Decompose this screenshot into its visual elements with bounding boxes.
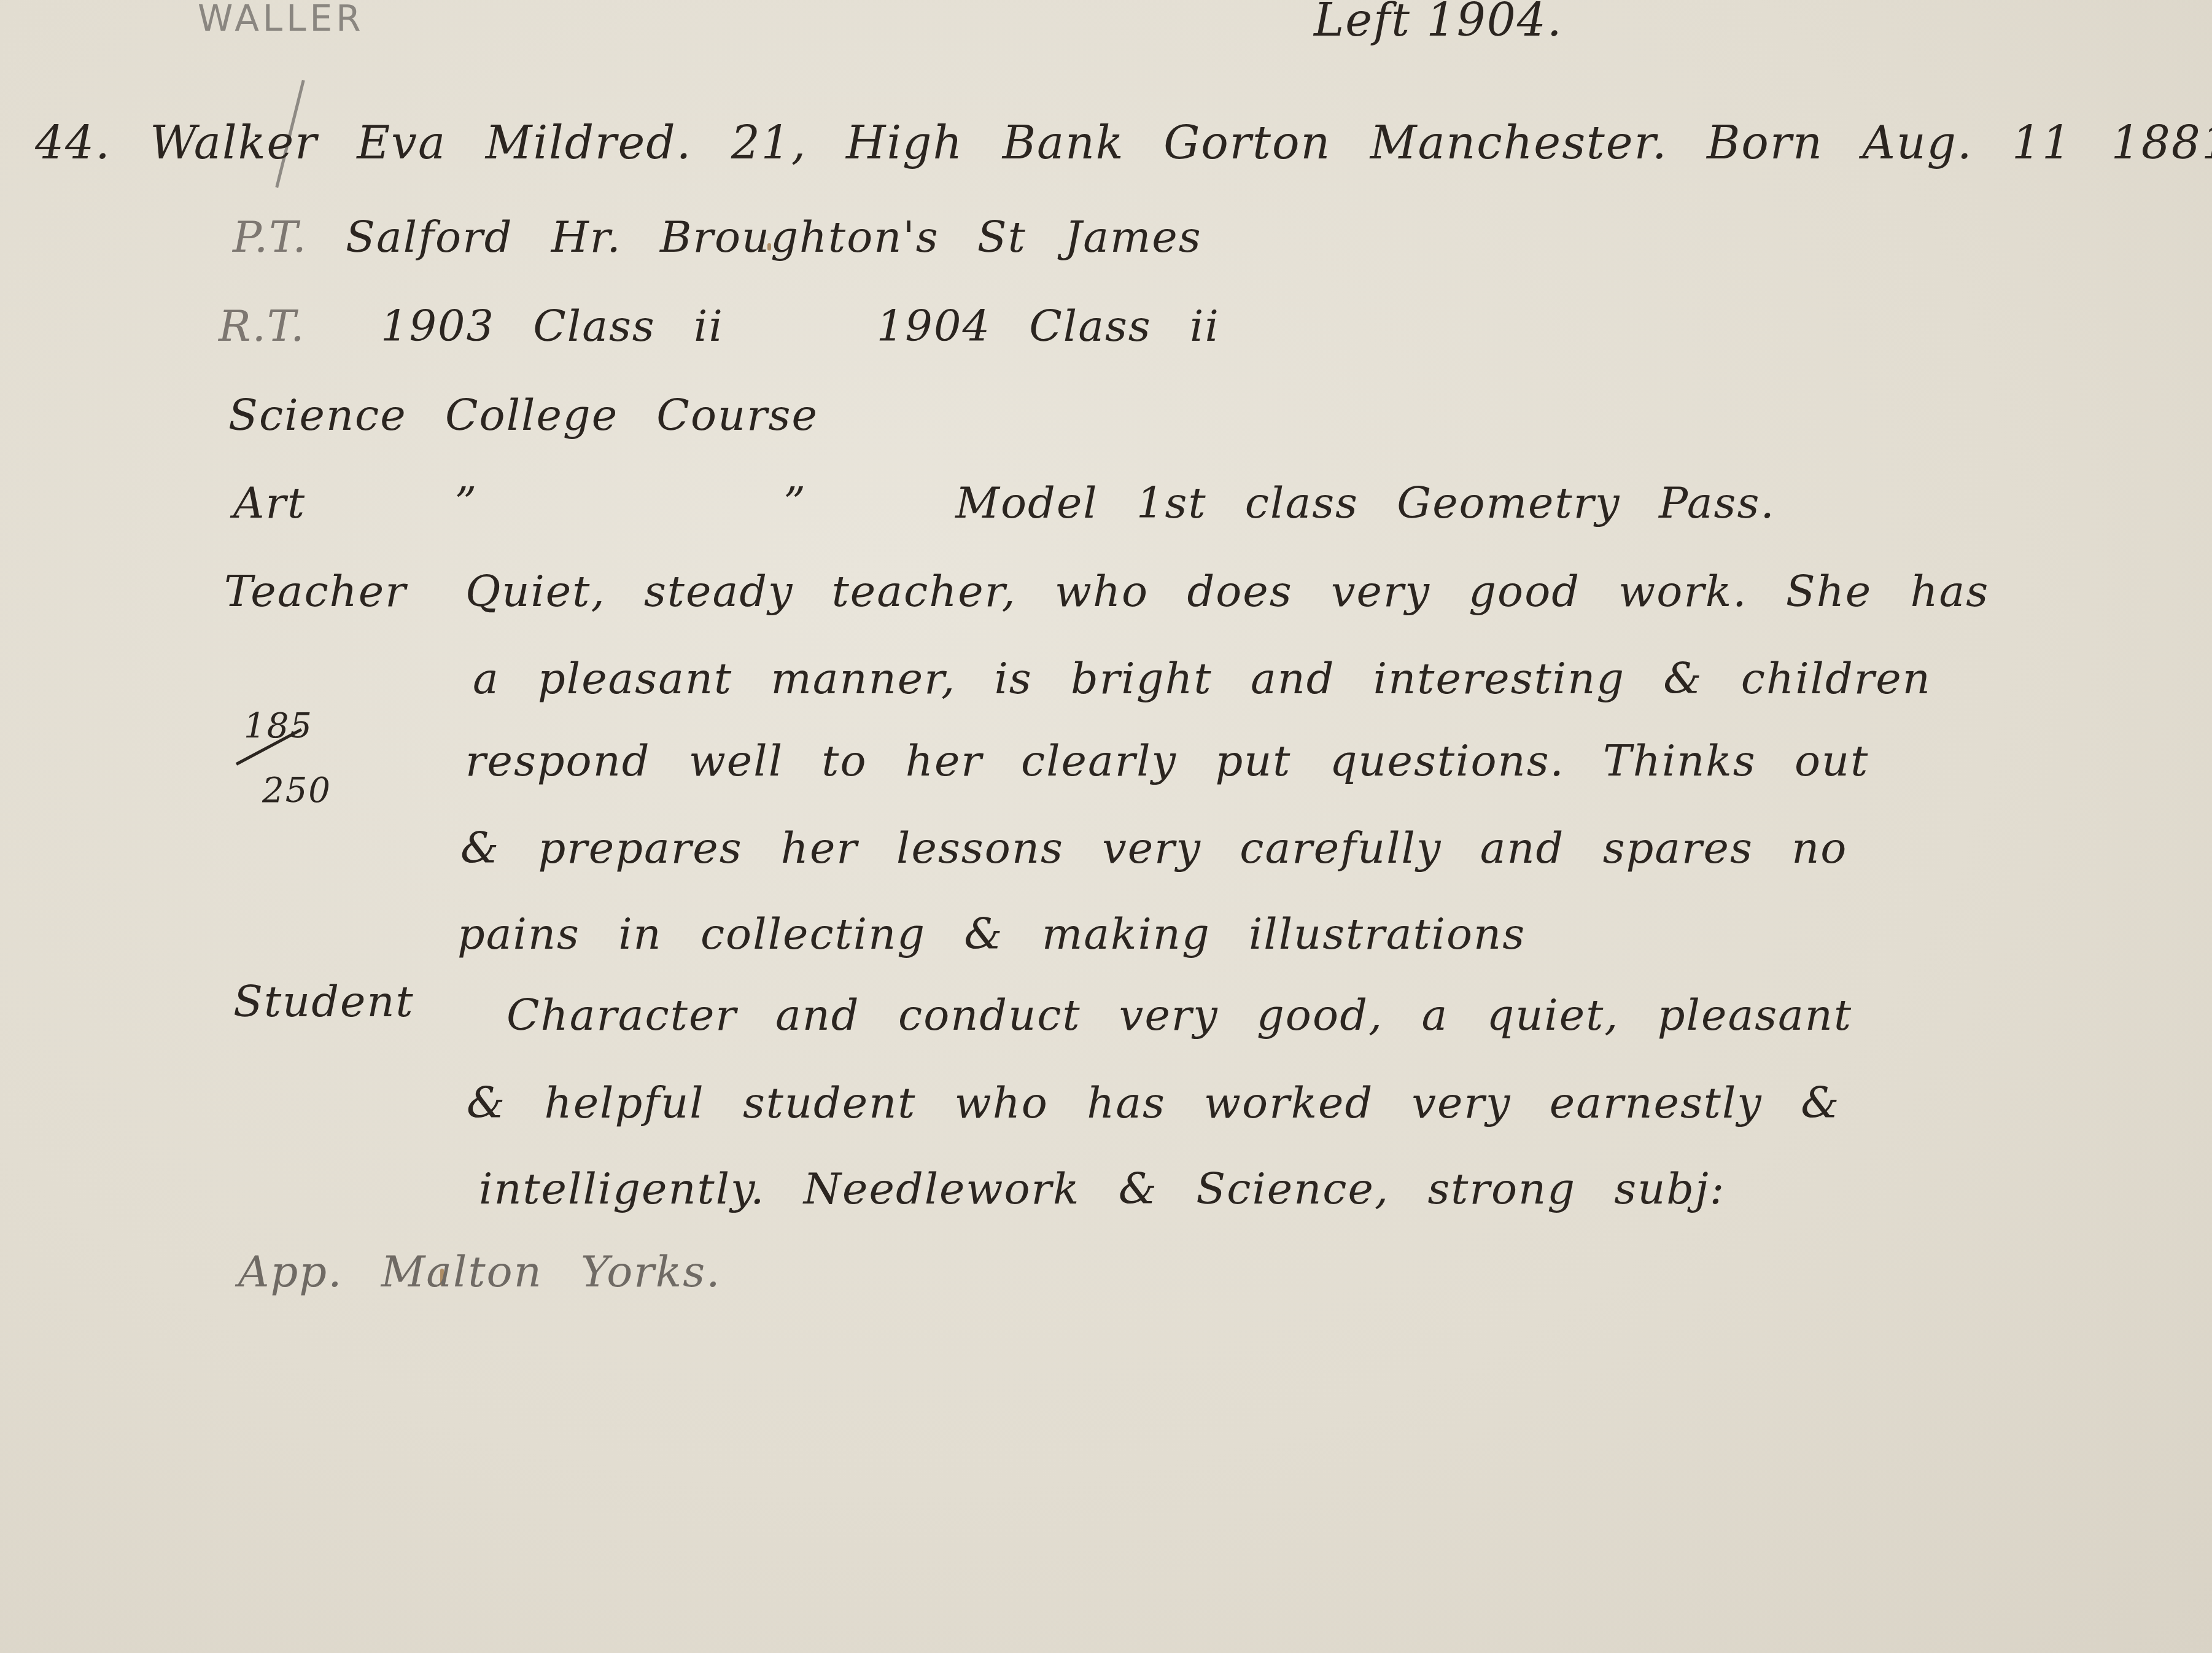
pencil-surname: WALLER bbox=[198, 0, 364, 39]
student-remark-line: Character and conduct very good, a quiet… bbox=[506, 990, 1852, 1040]
science-line: Science College Course bbox=[228, 390, 818, 440]
art-value: Model 1st class Geometry Pass. bbox=[955, 478, 1775, 528]
science-label: Science bbox=[228, 390, 407, 440]
teacher-remark-line: a pleasant manner, is bright and interes… bbox=[473, 653, 1931, 704]
appointment: App. Malton Yorks. bbox=[238, 1247, 721, 1297]
entry-born: Born Aug. 11 1881. bbox=[1707, 117, 2212, 169]
student-remark-line: & helpful student who has worked very ea… bbox=[467, 1078, 1840, 1128]
art-ditto-marks: ” ” bbox=[454, 478, 807, 528]
entry-heading: 44. Walker Eva Mildred. 21, High Bank Go… bbox=[35, 117, 2212, 169]
results-value: 1903 Class ii 1904 Class ii bbox=[381, 301, 1220, 351]
entry-address: 21, High Bank Gorton Manchester. bbox=[731, 117, 1668, 169]
student-label: Student bbox=[233, 976, 414, 1027]
entry-name: Walker Eva Mildred. bbox=[150, 117, 692, 169]
pupil-teacher-label: P.T. bbox=[233, 212, 308, 262]
teacher-remark-line: respond well to her clearly put question… bbox=[465, 736, 1869, 786]
art-line: Art ” ” Model 1st class Geometry Pass. bbox=[233, 478, 1775, 528]
results-label: R.T. bbox=[219, 301, 306, 351]
art-label: Art bbox=[233, 478, 306, 528]
teacher-score-fraction: 185 250 bbox=[230, 706, 322, 829]
pupil-teacher-value: Salford Hr. Broughton's St James bbox=[346, 212, 1202, 262]
teacher-remark-line: & prepares her lessons very carefully an… bbox=[460, 823, 1847, 873]
teacher-label: Teacher bbox=[224, 566, 407, 616]
results-line: R.T. 1903 Class ii 1904 Class ii bbox=[219, 301, 1220, 351]
entry-number: 44. bbox=[35, 117, 111, 169]
science-value: College Course bbox=[445, 390, 818, 440]
pupil-teacher-line: P.T. Salford Hr. Broughton's St James bbox=[233, 212, 1202, 262]
score-denominator: 250 bbox=[262, 771, 332, 811]
teacher-remark-line: pains in collecting & making illustratio… bbox=[457, 909, 1526, 959]
student-remark-line: intelligently. Needlework & Science, str… bbox=[479, 1164, 1725, 1214]
left-year: Left 1904. bbox=[1314, 0, 1562, 47]
teacher-remark-line: Quiet, steady teacher, who does very goo… bbox=[465, 566, 1989, 616]
